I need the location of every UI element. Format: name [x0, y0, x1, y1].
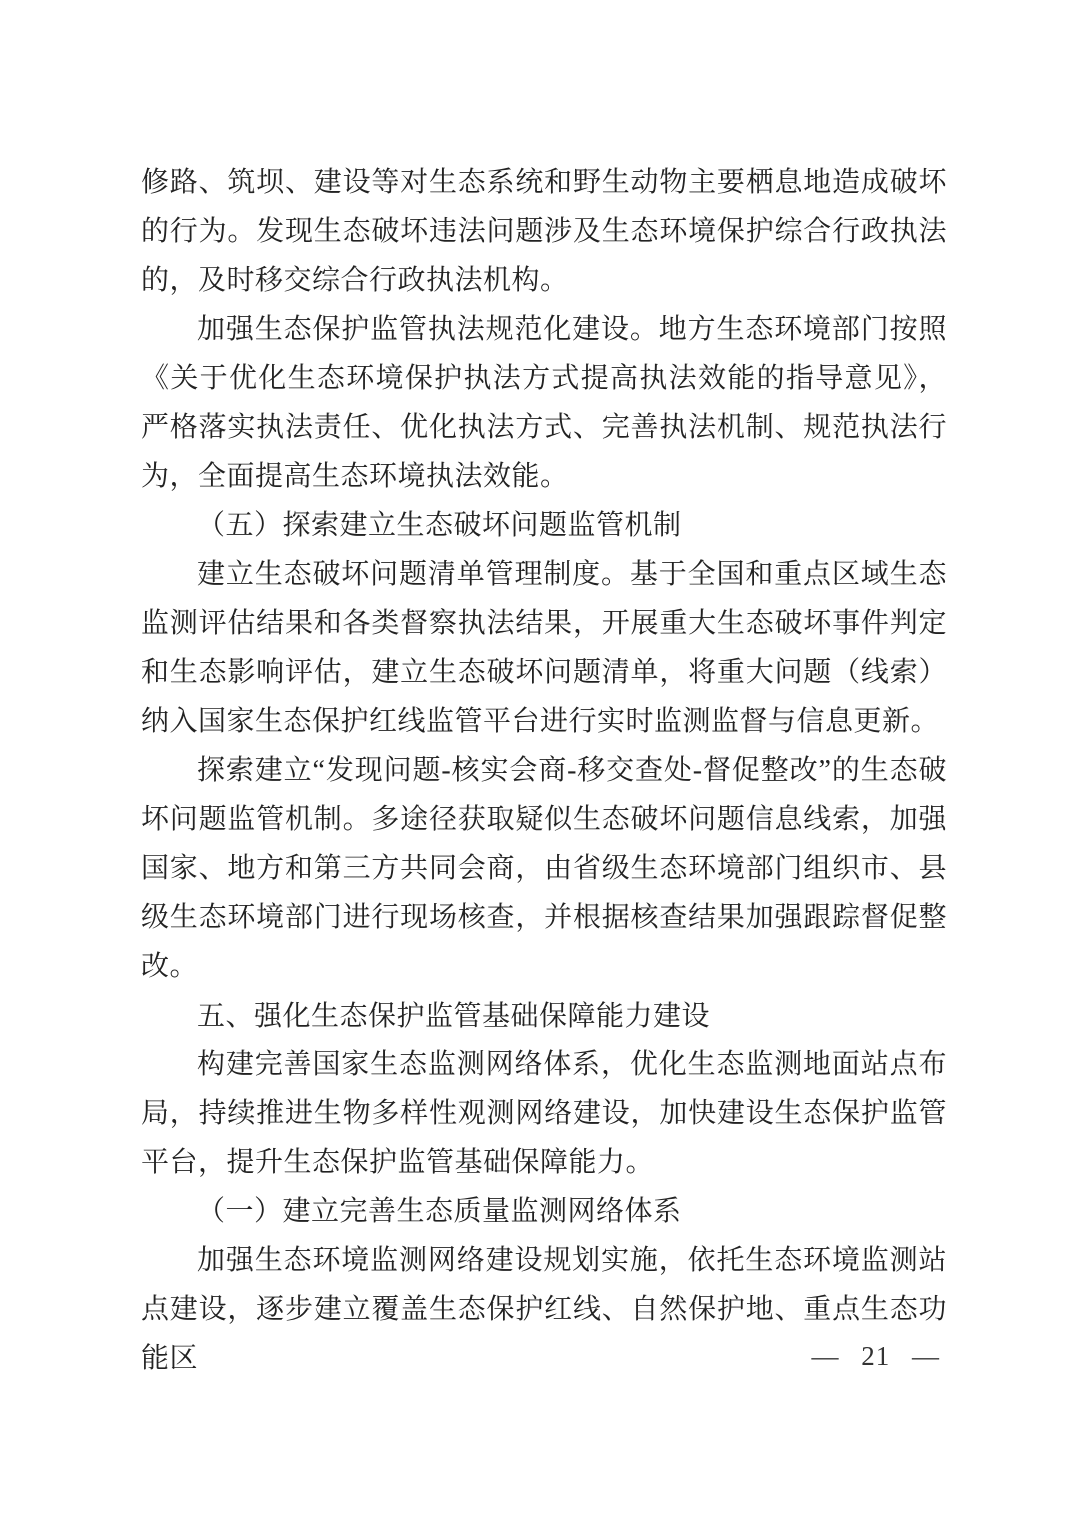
document-body: 修路、筑坝、建设等对生态系统和野生动物主要栖息地造成破坏的行为。发现生态破坏违法… [141, 158, 947, 1383]
subsection-heading-1: （一）建立完善生态质量监测网络体系 [141, 1187, 947, 1236]
page-number: — 21 — [812, 1340, 941, 1372]
subsection-heading-5: （五）探索建立生态破坏问题监管机制 [141, 501, 947, 550]
paragraph: 探索建立“发现问题-核实会商-移交查处-督促整改”的生态破坏问题监管机制。多途径… [141, 746, 947, 991]
paragraph: 加强生态保护监管执法规范化建设。地方生态环境部门按照《关于优化生态环境保护执法方… [141, 305, 947, 501]
paragraph-continuation: 修路、筑坝、建设等对生态系统和野生动物主要栖息地造成破坏的行为。发现生态破坏违法… [141, 158, 947, 305]
section-heading-5: 五、强化生态保护监管基础保障能力建设 [141, 991, 947, 1040]
paragraph: 建立生态破坏问题清单管理制度。基于全国和重点区域生态监测评估结果和各类督察执法结… [141, 550, 947, 746]
document-page: 修路、筑坝、建设等对生态系统和野生动物主要栖息地造成破坏的行为。发现生态破坏违法… [0, 0, 1080, 1527]
paragraph: 构建完善国家生态监测网络体系，优化生态监测地面站点布局，持续推进生物多样性观测网… [141, 1040, 947, 1187]
